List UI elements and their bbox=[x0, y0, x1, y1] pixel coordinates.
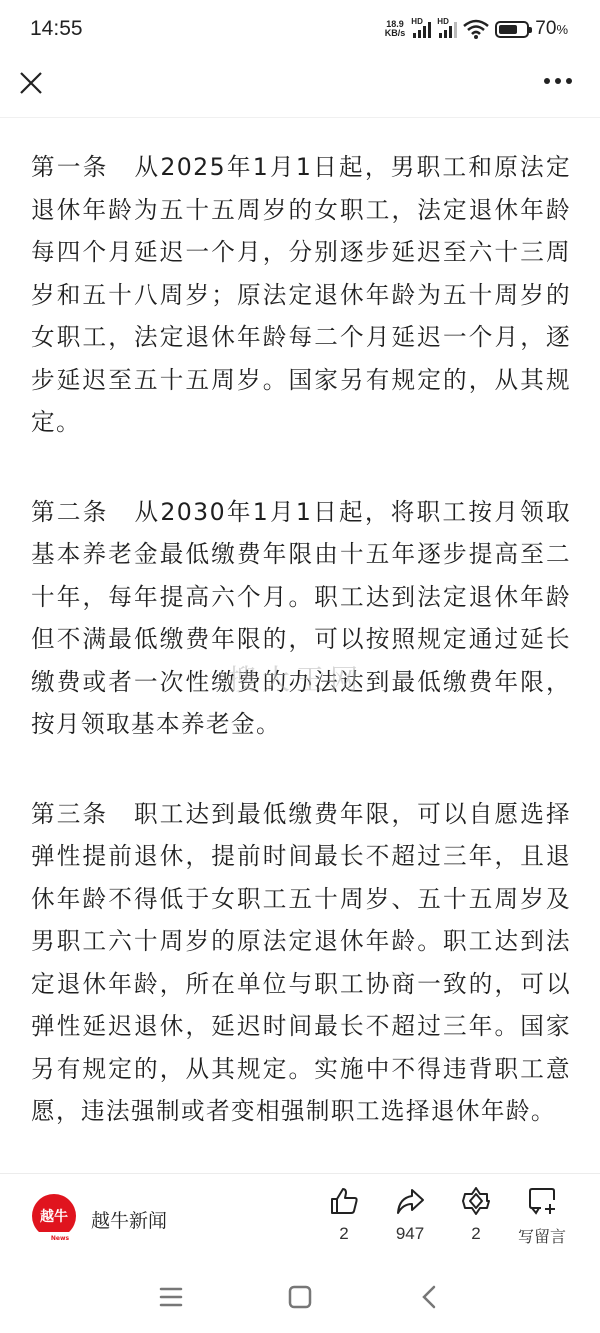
top-nav bbox=[0, 60, 600, 118]
more-button[interactable] bbox=[544, 78, 572, 84]
network-speed: 18.9 KB/s bbox=[385, 20, 406, 38]
menu-icon[interactable] bbox=[159, 1285, 183, 1309]
article-paragraph: 第三条 职工达到最低缴费年限，可以自愿选择弹性提前退休，提前时间最长不超过三年，… bbox=[31, 793, 571, 1133]
hd-label: HD bbox=[437, 17, 449, 26]
status-icons: 18.9 KB/s HD HD 70% bbox=[385, 18, 568, 40]
svg-text:越牛: 越牛 bbox=[40, 1208, 68, 1225]
back-icon[interactable] bbox=[420, 1285, 438, 1309]
collect-icon bbox=[461, 1186, 491, 1216]
status-time: 14:55 bbox=[30, 17, 83, 41]
like-count: 2 bbox=[309, 1224, 379, 1244]
article-body: 第一条 从2025年1月1日起，男职工和原法定退休年龄为五十五周岁的女职工，法定… bbox=[31, 146, 571, 1180]
signal-icon-2: HD bbox=[437, 20, 457, 38]
svg-text:News: News bbox=[51, 1235, 70, 1242]
article-paragraph: 第一条 从2025年1月1日起，男职工和原法定退休年龄为五十五周岁的女职工，法定… bbox=[31, 146, 571, 444]
write-comment-button[interactable]: 写留言 bbox=[507, 1186, 577, 1247]
source-name[interactable]: 越牛新闻 bbox=[91, 1206, 167, 1233]
collect-button[interactable]: 2 bbox=[441, 1186, 511, 1244]
share-count: 947 bbox=[375, 1224, 445, 1244]
system-navigation-bar bbox=[0, 1263, 600, 1333]
thumbs-up-icon bbox=[329, 1186, 359, 1216]
signal-icon: HD bbox=[411, 20, 431, 38]
battery-icon bbox=[495, 21, 529, 38]
hd-label: HD bbox=[411, 17, 423, 26]
wifi-icon bbox=[463, 19, 489, 39]
network-speed-unit: KB/s bbox=[385, 29, 406, 38]
status-bar: 14:55 18.9 KB/s HD HD 70% bbox=[0, 0, 600, 60]
comment-add-icon bbox=[527, 1186, 557, 1216]
like-button[interactable]: 2 bbox=[309, 1186, 379, 1244]
bottom-action-bar: 越牛 News 越牛新闻 2 947 2 写留言 bbox=[0, 1173, 600, 1263]
collect-count: 2 bbox=[441, 1224, 511, 1244]
article-paragraph: 第二条 从2030年1月1日起，将职工按月领取基本养老金最低缴费年限由十五年逐步… bbox=[31, 491, 571, 746]
source-logo[interactable]: 越牛 News bbox=[30, 1194, 78, 1242]
share-icon bbox=[395, 1186, 425, 1216]
more-icon-dot bbox=[544, 78, 550, 84]
battery-percent: 70% bbox=[535, 18, 568, 40]
share-button[interactable]: 947 bbox=[375, 1186, 445, 1244]
more-icon-dot bbox=[566, 78, 572, 84]
write-comment-label: 写留言 bbox=[507, 1224, 577, 1247]
more-icon-dot bbox=[555, 78, 561, 84]
close-icon[interactable] bbox=[18, 70, 44, 96]
home-icon[interactable] bbox=[288, 1285, 312, 1309]
